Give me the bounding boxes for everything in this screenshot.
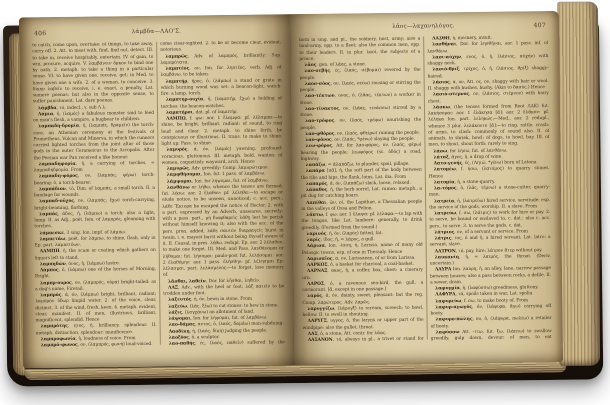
dictionary-column: come clear-sighted. 2. to be or become c… xyxy=(160,40,285,347)
dictionary-column: both in sing. and pl., the soldiery, hos… xyxy=(299,37,424,344)
right-page-header: λᾶος—λαχανηλόγος. 407 xyxy=(299,22,548,35)
right-page: λᾶος—λαχανηλόγος. 407 both in sing. and … xyxy=(290,11,563,365)
dictionary-entry: to catch, come upon, overtake: of things… xyxy=(32,42,154,106)
dictionary-entry: λαφύσσω Att. -ττω, fut. ξω, (λάπτω) to s… xyxy=(431,329,552,343)
dictionary-column: to catch, come upon, overtake: of things… xyxy=(32,42,157,349)
open-book: 406 λάμβδα—ΛΑΟ'Σ. to catch, come upon, o… xyxy=(8,10,600,373)
dictionary-entry: λαμπρός, ά, όν, (λάμπω) bright, brillian… xyxy=(35,292,156,325)
photo-background: 406 λάμβδα—ΛΑΟ'Σ. to catch, come upon, o… xyxy=(0,0,610,405)
fore-edge-right xyxy=(557,2,600,366)
page-spread: 406 λάμβδα—ΛΑΟ'Σ. to catch, come upon, o… xyxy=(19,11,563,369)
dictionary-entry: λαπάρα [πᾰ], ἡ, the soft part of the bod… xyxy=(301,168,422,182)
dictionary-entry: λαμπρύνω, f. ῠνῶ: Med., aor. 1 ἐλαμπρυνά… xyxy=(36,348,157,349)
dictionary-entry: λαμπαδη-δρομία, ἡ, (λαμπάς, δραμεῖν) the… xyxy=(33,123,154,162)
dictionary-entry: λαμυρός, ά, όν, (λαμός) yawning, profoun… xyxy=(161,147,282,167)
dictionary-entry: λατρεύω, f. σω, (λάτρις) to work for hir… xyxy=(429,210,550,230)
dictionary-entry: ΛΑΣΑΝΟΝ, τό, always in pl., a trivet or … xyxy=(303,337,424,344)
left-page-header: 406 λάμβδα—ΛΑΟ'Σ. xyxy=(32,27,281,40)
dictionary-column: ΛΑΣΘΗ, ἡ, mockery, insult.λασθῆναι, Dor.… xyxy=(427,35,552,342)
dictionary-entry: λάπτω, f. ψω: aor. 1 ἔλαψα: pf. λέλαφα:—… xyxy=(301,212,422,232)
dictionary-entry: λαο-παθής, ές, (λαός, παθεῖν) suffered b… xyxy=(164,340,285,347)
dictionary-entry: ΛΑΜΠΩ, f. ψω: aor. 1 ἔλαμψα: pf. λέλαμπα… xyxy=(161,115,282,148)
dictionary-entry: ΛΑΥΡΑ Ion. λαύρη, ἡ, an alley, lane, nar… xyxy=(430,266,551,286)
dictionary-entry: λαμπάς, άδος, ἡ, (λάμπω) a torch: also a… xyxy=(34,211,155,231)
dictionary-entry: λεω-φόρος, Att. for λαο-φόρος, ον, (λαός… xyxy=(300,143,421,163)
dictionary-entry: λάσκω, (the tenses formed from Root ΛΑΚ)… xyxy=(428,104,550,149)
right-page-number: 407 xyxy=(534,22,546,29)
right-page-columns: both in sing. and pl., the soldiery, hos… xyxy=(299,35,552,344)
dictionary-entry: both in sing. and pl., the soldiery, hos… xyxy=(299,37,420,63)
left-page-columns: to catch, come upon, overtake: of things… xyxy=(32,40,285,349)
dictionary-entry: λαμπτήρ, ῆρος, ὁ, (λάμπω) a stand or gra… xyxy=(161,78,282,98)
left-running-head: λάμβδα—ΛΑΟ'Σ. xyxy=(32,27,281,36)
dictionary-entry: λανθάνω or λήθω, whence the tenses are f… xyxy=(162,184,284,279)
left-page: 406 λάμβδα—ΛΑΟ'Σ. to catch, come upon, o… xyxy=(19,14,294,368)
right-running-head: λᾶος—λαχανηλόγος. xyxy=(299,22,548,31)
